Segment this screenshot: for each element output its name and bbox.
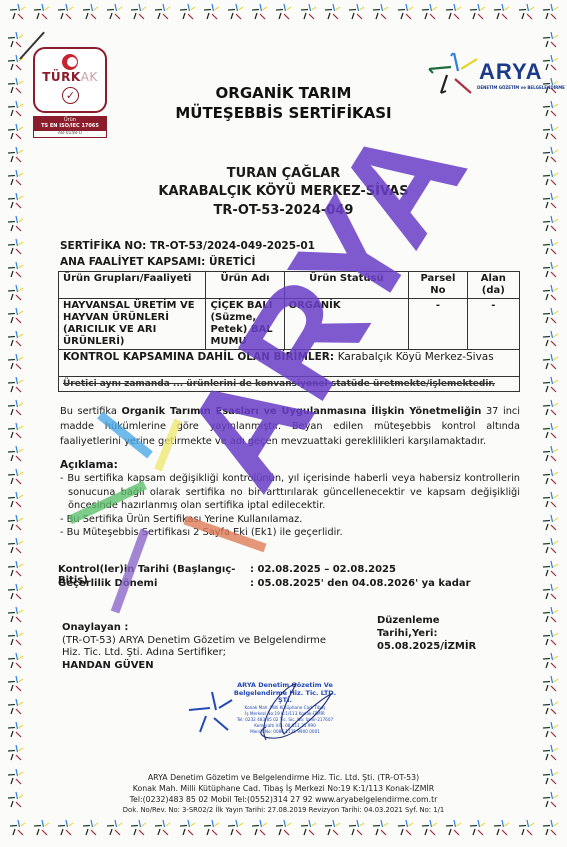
arya-star-icon [6,30,24,50]
col-header-parcel: Parsel No [409,272,467,299]
arya-star-icon [6,559,24,579]
arya-star-icon [323,818,341,838]
arya-star-icon [6,628,24,648]
signature-icon [226,682,336,742]
arya-star-icon [274,818,292,838]
arya-star-icon [347,2,365,22]
arya-star-icon [6,444,24,464]
star-border-top [8,2,559,24]
struck-note: Üretici aynı zamanda ... ürünlerini de k… [59,377,520,392]
arya-star-icon [178,2,196,22]
footer-address: Konak Mah. Milli Kütüphane Cad. Tibaş İş… [0,783,567,794]
arya-star-icon [6,283,24,303]
arya-star-icon [541,260,559,280]
holder-name: TURAN ÇAĞLAR [0,166,567,181]
arya-star-icon [396,2,414,22]
issue-label-2: Tarihi,Yeri: [377,627,476,640]
arya-star-icon [105,2,123,22]
issue-label: Düzenleme [377,614,476,627]
arya-star-icon [323,2,341,22]
arya-star-icon [371,818,389,838]
arya-star-icon [6,467,24,487]
col-header-status: Ürün Statüsü [284,272,409,299]
arya-star-icon [371,2,389,22]
arya-star-icon [6,145,24,165]
arya-star-icon [541,513,559,533]
validity-value: : 05.08.2025' den 04.08.2026' ya kadar [250,578,471,592]
cell-status: ORGANİK [284,299,409,350]
arya-star-icon [8,818,26,838]
arya-star-icon [541,306,559,326]
arya-star-icon [226,818,244,838]
arya-star-icon [226,2,244,22]
arya-star-icon [541,697,559,717]
arya-star-icon [468,818,486,838]
arya-star-icon [541,720,559,740]
arya-star-icon [105,818,123,838]
arya-star-icon [420,818,438,838]
control-dates-value: : 02.08.2025 – 02.08.2025 [250,564,396,578]
approver-block: Onaylayan : (TR-OT-53) ARYA Denetim Göze… [62,622,326,672]
arya-star-icon [299,818,317,838]
col-header-area: Alan (da) [467,272,519,299]
star-border-bottom [8,818,559,840]
arya-star-icon [6,674,24,694]
arya-star-icon [81,818,99,838]
arya-star-icon [541,743,559,763]
arya-star-icon [541,605,559,625]
arya-star-icon [32,818,50,838]
company-stamp: ARYA Denetim Gözetim Ve Belgelendirme Hi… [186,682,336,748]
col-header-product: Ürün Adı [206,272,284,299]
arya-star-icon [250,818,268,838]
holder-address: KARABALÇIK KÖYÜ MERKEZ-SİVAS [0,184,567,199]
arya-star-icon [6,605,24,625]
arya-star-icon [541,628,559,648]
arya-star-icon [396,818,414,838]
crescent-star-icon [62,54,78,70]
arya-star-icon [541,467,559,487]
arya-star-icon [6,513,24,533]
table-header-row: Ürün Grupları/Faaliyeti Ürün Adı Ürün St… [59,272,520,299]
arya-wordmark: ARYA [479,59,543,85]
footer-company: ARYA Denetim Gözetim ve Belgelendirme Hi… [0,772,567,783]
arya-star-icon [6,536,24,556]
star-border-right [541,30,563,810]
arya-star-icon [541,375,559,395]
arya-star-icon [6,398,24,418]
arya-star-icon [541,398,559,418]
cell-group: HAYVANSAL ÜRETİM VE HAYVAN ÜRÜNLERİ (ARI… [59,299,206,350]
document-title: ORGANİK TARIM [0,84,567,102]
arya-star-icon [8,2,26,22]
arya-star-icon [541,237,559,257]
issue-date-place: 05.08.2025/İZMİR [377,640,476,653]
arya-star-icon [541,283,559,303]
struck-note-row: Üretici aynı zamanda ... ürünlerini de k… [59,377,520,392]
arya-star-icon [517,2,535,22]
arya-star-icon [6,651,24,671]
arya-star-icon [6,260,24,280]
approver-label: Onaylayan : [62,622,326,635]
arya-star-icon [250,2,268,22]
certificate-number: SERTİFİKA NO: TR-OT-53/2024-049-2025-01 [60,240,315,252]
arya-star-icon [6,329,24,349]
arya-star-icon [468,2,486,22]
table-row: HAYVANSAL ÜRETİM VE HAYVAN ÜRÜNLERİ (ARI… [59,299,520,350]
arya-star-icon [299,2,317,22]
arya-star-icon [153,2,171,22]
arya-star-icon [541,122,559,142]
explanation-list: - Bu sertifika kapsam değişikliği kontro… [60,472,520,540]
arya-star-icon [6,720,24,740]
arya-star-icon [32,2,50,22]
footer: ARYA Denetim Gözetim ve Belgelendirme Hi… [0,772,567,816]
holder-code: TR-OT-53-2024-049 [0,203,567,218]
arya-star-icon [6,375,24,395]
arya-star-icon [6,352,24,372]
arya-star-icon [541,145,559,165]
arya-star-icon [274,2,292,22]
turkak-name: TÜRKAK [35,70,105,84]
arya-star-icon [492,2,510,22]
arya-star-icon [541,444,559,464]
cell-product: ÇİÇEK BALI (Süzme, Petek) BAL MUMU [206,299,284,350]
document-subtitle: MÜTEŞEBBİS SERTİFİKASI [0,104,567,122]
arya-star-icon [541,536,559,556]
arya-star-icon [541,818,559,838]
list-item: - Bu Sertifika Ürün Sertifikası Yerine K… [60,513,520,527]
arya-star-icon [6,743,24,763]
arya-star-icon [6,306,24,326]
arya-star-icon [347,818,365,838]
arya-star-icon [541,421,559,441]
arya-star-icon [153,818,171,838]
approver-role: Hiz. Tic. Ltd. Şti. Adına Sertifiker; [62,647,326,660]
footer-doc-info: Dok. No/Rev. No: 3-SR02/2 İlk Yayın Tari… [0,805,567,816]
dates-block: Kontrol(ler)in Tarihi (Başlangıç-Bitiş):… [58,564,471,592]
arya-star-icon [517,818,535,838]
products-table: Ürün Grupları/Faaliyeti Ürün Adı Ürün St… [58,271,520,392]
arya-star-icon [541,651,559,671]
explanation-title: Açıklama: [60,459,118,471]
arya-star-icon [6,122,24,142]
legal-basis-paragraph: Bu sertifika Organik Tarımın Esasları ve… [60,404,520,449]
arya-star-icon [6,697,24,717]
arya-star-icon [81,2,99,22]
list-item: - Bu sertifika kapsam değişikliği kontro… [60,472,520,513]
cell-area: - [467,299,519,350]
cell-parcel: - [409,299,467,350]
main-activity-scope: ANA FAALİYET KAPSAMI: ÜRETİCİ [60,256,255,268]
issue-block: Düzenleme Tarihi,Yeri: 05.08.2025/İZMİR [377,614,476,653]
arya-star-icon [178,818,196,838]
col-header-group: Ürün Grupları/Faaliyeti [59,272,206,299]
arya-star-icon [541,352,559,372]
arya-star-icon [444,818,462,838]
arya-star-icon [56,2,74,22]
arya-star-icon [202,818,220,838]
arya-star-icon [6,490,24,510]
list-item: - Bu Müteşebbis Sertifikası 2 Sayfa Eki … [60,526,520,540]
arya-star-icon [56,818,74,838]
arya-star-icon [6,421,24,441]
control-dates-label: Kontrol(ler)in Tarihi (Başlangıç-Bitiş) [58,564,250,578]
arya-star-icon [541,329,559,349]
arya-star-icon [492,818,510,838]
star-border-left [6,30,28,810]
arya-star-icon [6,582,24,602]
control-units-value: Karabalçık Köyü Merkez-Sivas [338,351,494,363]
arya-star-icon [541,559,559,579]
arya-star-icon [541,2,559,22]
arya-star-icon [541,674,559,694]
arya-star-icon [420,2,438,22]
approver-org: (TR-OT-53) ARYA Denetim Gözetim ve Belge… [62,635,326,648]
arya-star-icon [129,818,147,838]
control-units-row: KONTROL KAPSAMINA DAHİL OLAN BİRİMLER: K… [59,350,520,377]
footer-contact: Tel:(0232)483 85 02 Mobil Tel:(0552)314 … [0,794,567,805]
arya-star-icon [541,490,559,510]
arya-star-icon [541,582,559,602]
arya-star-icon [129,2,147,22]
arya-star-icon [202,2,220,22]
turkak-code: AB-0148-U [33,130,107,138]
arya-star-icon [6,237,24,257]
validity-label: Geçerlilik Dönemi [58,578,250,592]
control-units-label: KONTROL KAPSAMINA DAHİL OLAN BİRİMLER: [63,351,334,363]
approver-name: HANDAN GÜVEN [62,660,326,673]
arya-star-icon [444,2,462,22]
